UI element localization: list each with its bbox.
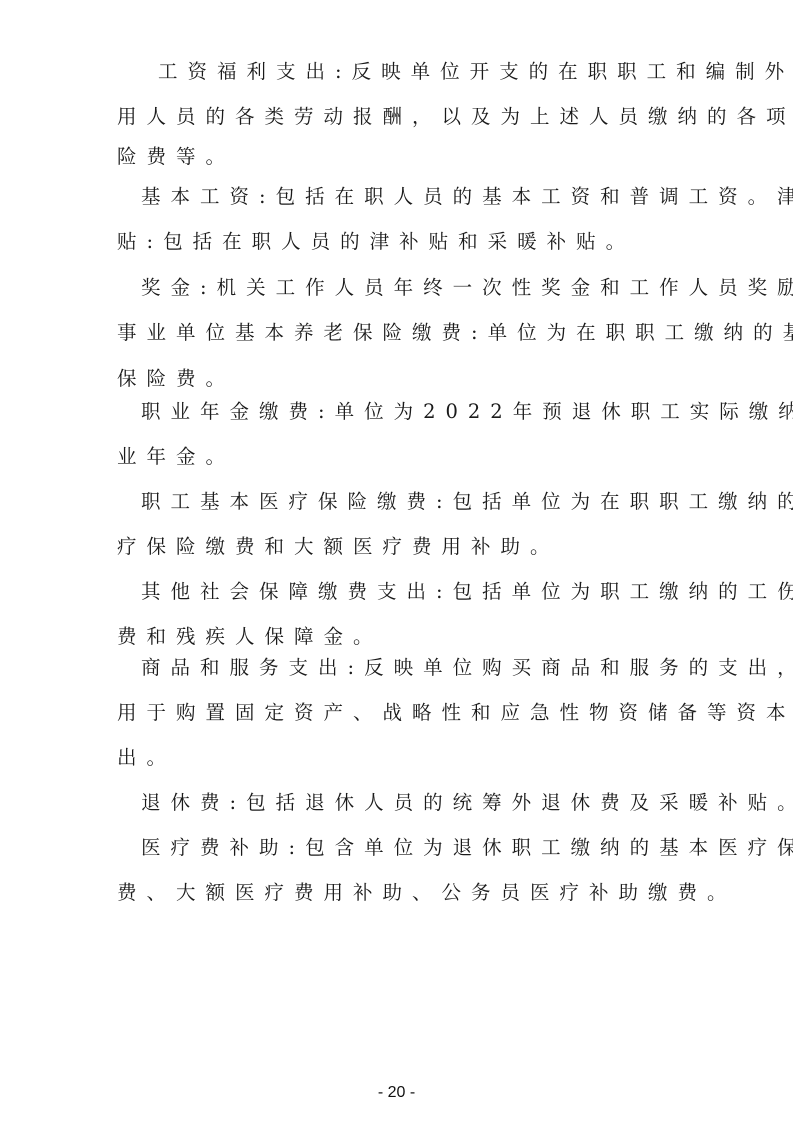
- paragraph-bonus-line-2: 事业单位基本养老保险缴费:单位为在职职工缴纳的基本养老: [117, 318, 697, 348]
- paragraph-bonus-line-1: 奖金:机关工作人员年终一次性奖金和工作人员奖励。机关: [141, 273, 721, 303]
- paragraph-wage-welfare-line-1: 工资福利支出:反映单位开支的在职职工和编制外长期聘: [158, 57, 738, 87]
- paragraph-goods-services-line-1: 商品和服务支出:反映单位购买商品和服务的支出，不包括: [141, 653, 721, 683]
- paragraph-wage-welfare-line-3: 险费等。: [117, 142, 697, 172]
- paragraph-medical-insurance-line-2: 疗保险缴费和大额医疗费用补助。: [117, 532, 697, 562]
- paragraph-medical-insurance-line-1: 职工基本医疗保险缴费:包括单位为在职职工缴纳的基本医: [141, 487, 721, 517]
- paragraph-retirement-line-1: 退休费:包括退休人员的统筹外退休费及采暖补贴。: [141, 788, 721, 818]
- page-number: - 20 -: [0, 1084, 793, 1102]
- paragraph-basic-salary-line-2: 贴:包括在职人员的津补贴和采暖补贴。: [117, 227, 697, 257]
- document-page: 工资福利支出:反映单位开支的在职职工和编制外长期聘 用人员的各类劳动报酬，以及为…: [0, 0, 793, 1122]
- paragraph-goods-services-line-3: 出。: [117, 743, 697, 773]
- paragraph-basic-salary-line-1: 基本工资:包括在职人员的基本工资和普调工资。津贴补: [141, 182, 721, 212]
- paragraph-goods-services-line-2: 用于购置固定资产、战略性和应急性物资储备等资本性支: [117, 698, 697, 728]
- paragraph-occupational-annuity-line-2: 业年金。: [117, 442, 697, 472]
- paragraph-wage-welfare-line-2: 用人员的各类劳动报酬，以及为上述人员缴纳的各项社会保: [117, 102, 697, 132]
- paragraph-other-social-security-line-1: 其他社会保障缴费支出:包括单位为职工缴纳的工伤保险缴: [141, 577, 721, 607]
- paragraph-occupational-annuity-line-1: 职业年金缴费:单位为2022年预退休职工实际缴纳的纪实职: [141, 397, 721, 427]
- paragraph-other-social-security-line-2: 费和残疾人保障金。: [117, 622, 697, 652]
- paragraph-bonus-line-3: 保险费。: [117, 364, 697, 394]
- paragraph-medical-subsidy-line-2: 费、大额医疗费用补助、公务员医疗补助缴费。: [117, 878, 697, 908]
- paragraph-medical-subsidy-line-1: 医疗费补助:包含单位为退休职工缴纳的基本医疗保险缴: [141, 833, 721, 863]
